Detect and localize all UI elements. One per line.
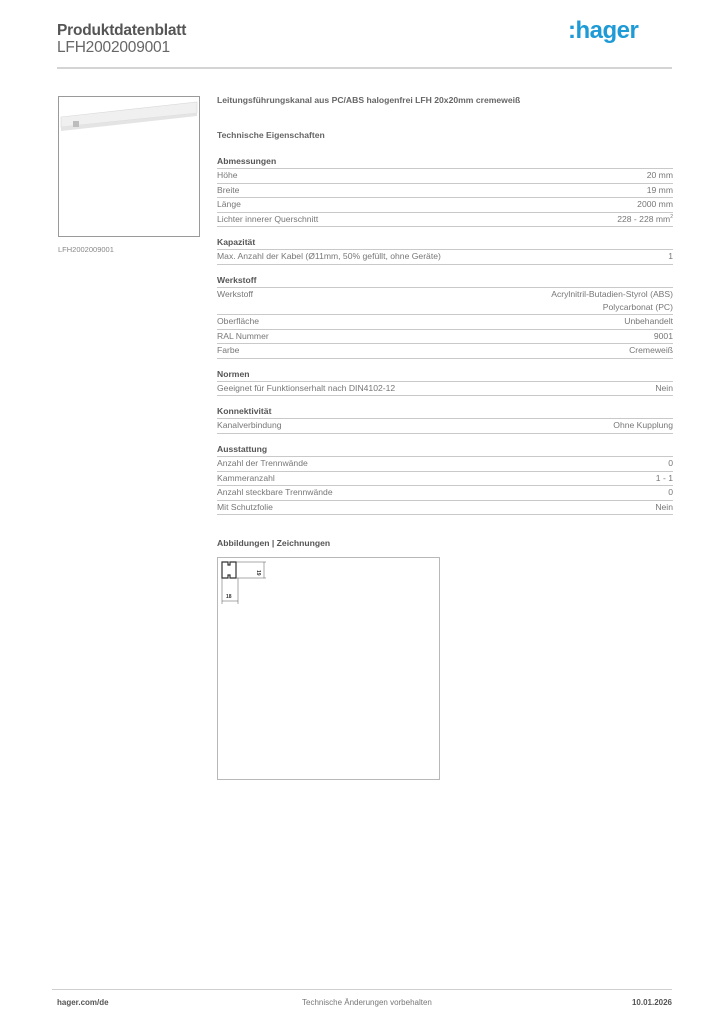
hager-logo: :hager [568,17,638,45]
dimension-height-label: 19 [255,570,261,576]
specifications: AbmessungenHöhe20 mmBreite19 mmLänge2000… [217,156,673,515]
image-caption: LFH2002009001 [58,245,114,254]
spec-row: OberflächeUnbehandelt [217,315,673,330]
spec-value-line: Polycarbonat (PC) [551,301,673,314]
spec-value: 1 - 1 [656,472,673,486]
header-divider [57,67,672,69]
spec-value-line: Acrylnitril-Butadien-Styrol (ABS) [551,288,673,301]
section-normen: NormenGeeignet für Funktionserhalt nach … [217,369,673,397]
spec-label: Länge [217,198,241,212]
spec-value-text: Nein [655,502,673,512]
spec-label: Kanalverbindung [217,419,282,433]
spec-row: Mit SchutzfolieNein [217,501,673,516]
spec-row: RAL Nummer9001 [217,330,673,345]
footer-notice: Technische Änderungen vorbehalten [302,998,432,1007]
spec-row: Anzahl der Trennwände0 [217,457,673,472]
spec-row: KanalverbindungOhne Kupplung [217,419,673,434]
unit-superscript: 2 [670,214,673,220]
spec-label: Lichter innerer Querschnitt [217,213,318,227]
spec-value: 9001 [654,330,673,344]
footer-website-link[interactable]: hager.com/de [57,998,109,1007]
spec-value: 0 [668,457,673,471]
section-title: Werkstoff [217,275,673,288]
spec-label: Geeignet für Funktionserhalt nach DIN410… [217,382,395,396]
technical-properties-title: Technische Eigenschaften [217,130,673,156]
spec-value-text: 20 mm [647,170,673,180]
product-description: Leitungsführungskanal aus PC/ABS halogen… [217,95,673,130]
cross-section-drawing-icon: 19 18 [218,558,441,781]
spec-row: Kammeranzahl1 - 1 [217,472,673,487]
spec-row: Breite19 mm [217,184,673,199]
spec-label: Oberfläche [217,315,259,329]
main-content: Leitungsführungskanal aus PC/ABS halogen… [217,95,673,525]
dimension-width-label: 18 [226,594,232,600]
section-abmessungen: AbmessungenHöhe20 mmBreite19 mmLänge2000… [217,156,673,227]
spec-value-text: 2000 mm [637,199,673,209]
spec-value: 19 mm [647,184,673,198]
spec-value-text: 1 - 1 [656,473,673,483]
spec-value-text: 228 - 228 mm [617,214,670,224]
spec-value-text: 0 [668,458,673,468]
spec-value: Nein [655,501,673,515]
spec-row: Max. Anzahl der Kabel (Ø11mm, 50% gefüll… [217,250,673,265]
spec-label: Max. Anzahl der Kabel (Ø11mm, 50% gefüll… [217,250,441,264]
spec-row: Geeignet für Funktionserhalt nach DIN410… [217,382,673,397]
spec-value: 0 [668,486,673,500]
technical-drawing: 19 18 [217,557,440,780]
section-konnektivität: KonnektivitätKanalverbindungOhne Kupplun… [217,406,673,434]
spec-row: Länge2000 mm [217,198,673,213]
drawings-title: Abbildungen | Zeichnungen [217,538,330,548]
spec-row: Lichter innerer Querschnitt228 - 228 mm2 [217,213,673,228]
footer-date: 10.01.2026 [632,998,672,1007]
document-title: Produktdatenblatt [57,22,186,40]
spec-row: Anzahl steckbare Trennwände0 [217,486,673,501]
spec-value: Cremeweiß [629,344,673,358]
spec-value: Nein [655,382,673,396]
spec-label: Werkstoff [217,288,253,314]
spec-value: 1 [668,250,673,264]
section-title: Konnektivität [217,406,673,419]
product-image [58,96,200,237]
footer-divider [52,989,672,990]
spec-value-text: 19 mm [647,185,673,195]
spec-value-text: 1 [668,251,673,261]
section-title: Ausstattung [217,444,673,457]
cable-duct-icon [59,97,201,238]
spec-row: WerkstoffAcrylnitril-Butadien-Styrol (AB… [217,288,673,315]
spec-label: Farbe [217,344,239,358]
spec-value: 2000 mm [637,198,673,212]
section-werkstoff: WerkstoffWerkstoffAcrylnitril-Butadien-S… [217,275,673,359]
spec-value: Acrylnitril-Butadien-Styrol (ABS)Polycar… [551,288,673,314]
spec-label: RAL Nummer [217,330,269,344]
spec-label: Höhe [217,169,238,183]
section-title: Kapazität [217,237,673,250]
spec-value: 20 mm [647,169,673,183]
section-title: Abmessungen [217,156,673,169]
section-kapazität: KapazitätMax. Anzahl der Kabel (Ø11mm, 5… [217,237,673,265]
spec-label: Anzahl steckbare Trennwände [217,486,333,500]
section-ausstattung: AusstattungAnzahl der Trennwände0Kammera… [217,444,673,515]
spec-label: Breite [217,184,239,198]
spec-value: Ohne Kupplung [613,419,673,433]
spec-value: 228 - 228 mm2 [617,213,673,227]
spec-value-text: Cremeweiß [629,345,673,355]
article-number: LFH2002009001 [57,39,170,57]
spec-value-text: Ohne Kupplung [613,420,673,430]
spec-value-text: 0 [668,487,673,497]
section-title: Normen [217,369,673,382]
spec-label: Kammeranzahl [217,472,275,486]
spec-value-text: Nein [655,383,673,393]
spec-value: Unbehandelt [624,315,673,329]
spec-row: FarbeCremeweiß [217,344,673,359]
spec-value-text: 9001 [654,331,673,341]
spec-label: Anzahl der Trennwände [217,457,308,471]
spec-label: Mit Schutzfolie [217,501,273,515]
spec-value-text: Unbehandelt [624,316,673,326]
spec-row: Höhe20 mm [217,169,673,184]
